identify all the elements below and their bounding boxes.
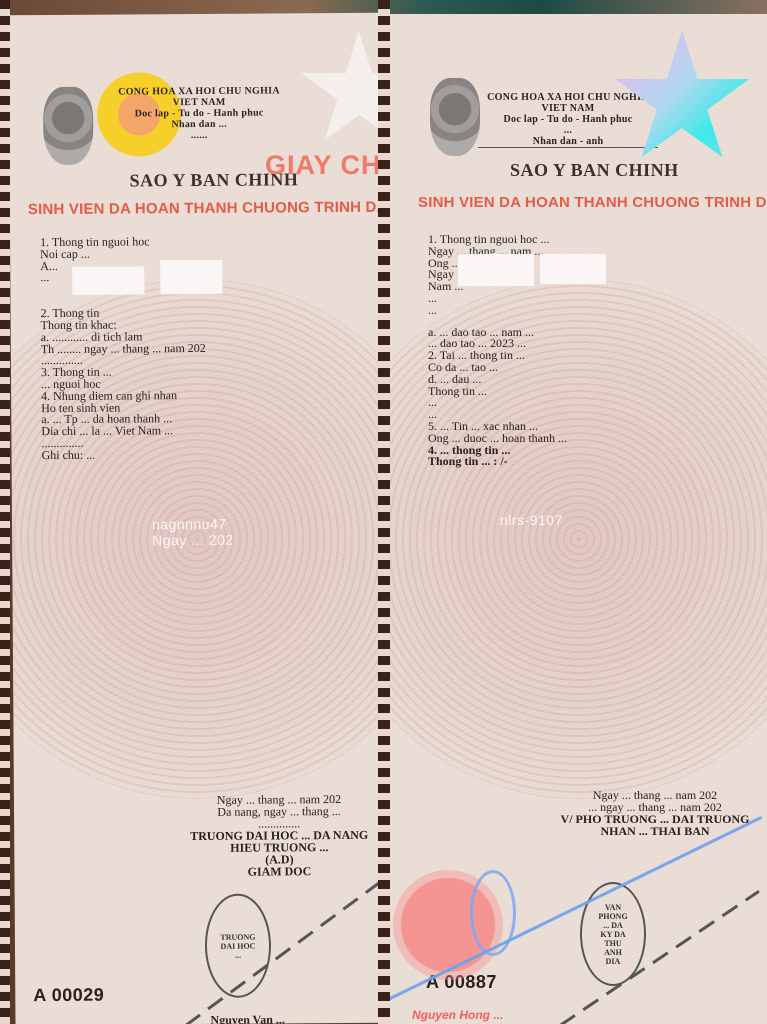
stamp-line: DAI HOC — [220, 941, 255, 950]
stamp-line: THU — [604, 939, 621, 948]
stamp-caption: Nguyen Van ... — [210, 1013, 284, 1024]
national-emblem-icon — [430, 78, 480, 156]
stamp-line: ANH — [604, 948, 622, 957]
header-block: CONG HOA XA HOI CHU NGHIA VIET NAM Doc l… — [478, 92, 658, 148]
body-line: ... — [428, 397, 567, 409]
subtitle: SINH VIEN DA HOAN THANH CHUONG TRINH DAO… — [418, 194, 767, 211]
center-code: nagnnnu47 Ngay ... 202 — [152, 516, 234, 549]
stamp-line: TRUONG — [220, 932, 255, 941]
stamp-line: ... — [235, 950, 241, 959]
header-line: ... — [478, 125, 658, 136]
center-code: nlrs-9107 — [500, 512, 563, 528]
stamp-line: DIA — [606, 957, 621, 966]
signature-loop — [470, 870, 516, 956]
serial-number: A 00029 — [33, 985, 104, 1006]
header-line: CONG HOA XA HOI CHU NGHIA VIET NAM — [109, 85, 289, 108]
stamp-line: ... DA — [603, 921, 623, 930]
header-line: Nhan dan - anh — [478, 136, 658, 148]
stamp-line: PHONG — [598, 912, 627, 921]
handwritten-name: Nguyen Hong ... — [412, 1008, 503, 1022]
signature-block: Ngay ... thang ... nam 202 Da nang, ngay… — [184, 793, 375, 878]
signature-line: GIAM DOC — [184, 865, 374, 878]
center-code-line: nagnnnu47 — [152, 516, 234, 533]
binding-edge — [0, 0, 10, 1024]
stamp-line: KY DA — [600, 930, 625, 939]
official-stamp-icon: TRUONG DAI HOC ... — [205, 893, 272, 997]
header-line: Doc lap - Tu do - Hanh phuc — [109, 107, 289, 119]
redaction-box — [458, 254, 534, 286]
redaction-box — [540, 254, 606, 284]
subtitle: SINH VIEN DA HOAN THANH CHUONG TRINH DAO… — [28, 198, 386, 218]
header-line: Doc lap - Tu do - Hanh phuc — [478, 114, 658, 125]
body-line: Ghi chu: ... — [42, 449, 207, 462]
header-block: CONG HOA XA HOI CHU NGHIA VIET NAM Doc l… — [109, 85, 289, 141]
binding-spine — [378, 0, 390, 1024]
redaction-box — [72, 266, 144, 295]
copy-title: SAO Y BAN CHINH — [510, 160, 679, 181]
center-code-line: Ngay ... 202 — [152, 532, 234, 549]
body-line: Thong tin ... — [428, 386, 567, 398]
official-stamp-icon: VAN PHONG ... DA KY DA THU ANH DIA — [580, 882, 646, 986]
national-emblem-icon — [43, 87, 94, 165]
header-line: CONG HOA XA HOI CHU NGHIA VIET NAM — [478, 92, 658, 114]
header-line: ...... — [109, 129, 289, 141]
body-line: ... — [428, 305, 567, 317]
redaction-box — [160, 260, 222, 294]
body-line: ... — [428, 293, 567, 305]
stamp-line: VAN — [605, 903, 621, 912]
body-line: Thong tin ... : /- — [428, 456, 567, 468]
